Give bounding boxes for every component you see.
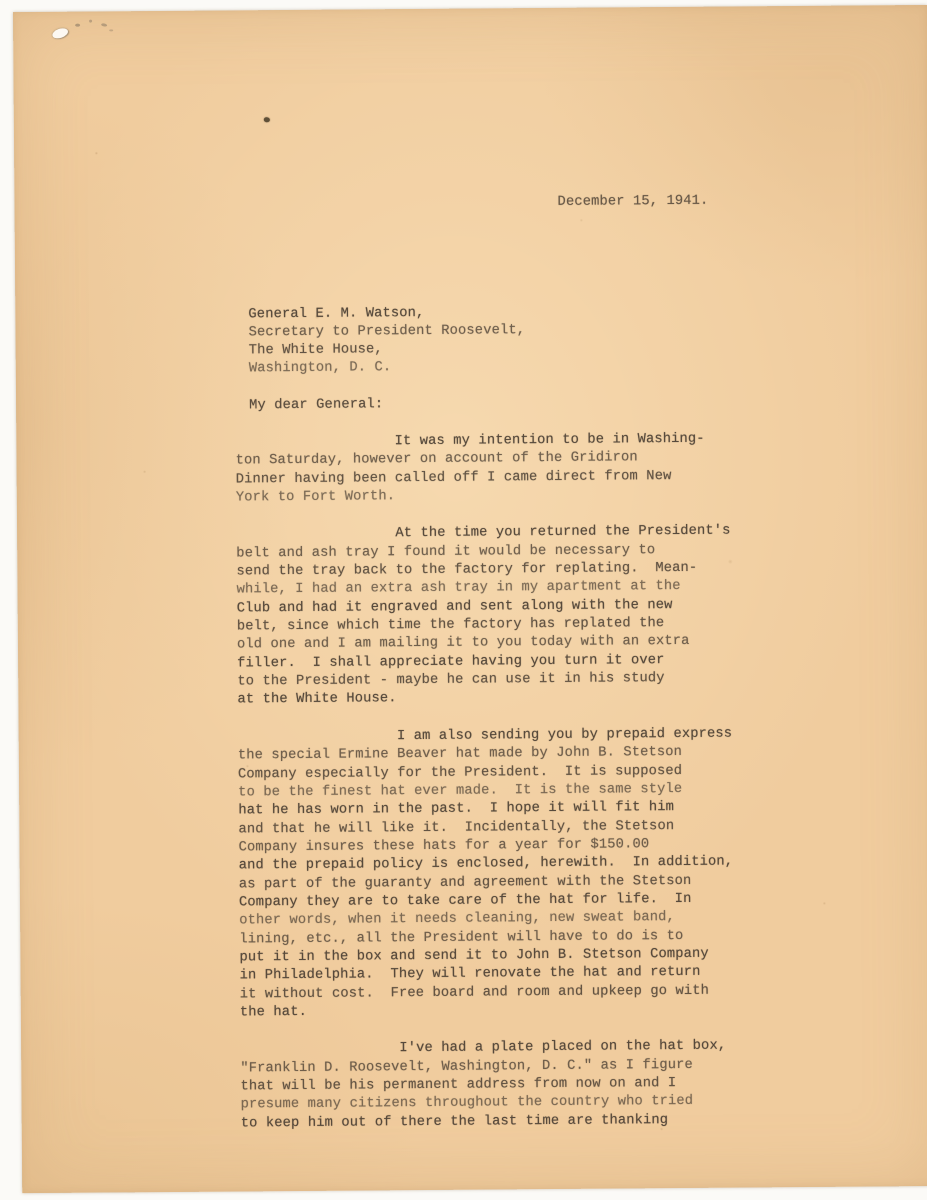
letter-line: York to Fort Worth. — [236, 486, 731, 508]
ink-spot — [264, 117, 270, 122]
letter-line: the hat. — [240, 1001, 735, 1023]
recipient-line: Secretary to President Roosevelt, — [248, 322, 525, 342]
recipient-line: General E. M. Watson, — [248, 304, 525, 324]
recipient-line: The White House, — [249, 340, 526, 360]
letter-page: December 15, 1941. General E. M. Watson,… — [13, 5, 927, 1193]
letter-body: It was my intention to be in Washing-ton… — [235, 431, 735, 1134]
letter-paragraph: I am also sending you by prepaid express… — [238, 725, 735, 1022]
paper-speck — [101, 23, 107, 27]
letter-line: to keep him out of there the last time a… — [241, 1111, 736, 1133]
date-line: December 15, 1941. — [557, 193, 708, 213]
recipient-address: General E. M. Watson,Secretary to Presid… — [248, 304, 525, 379]
recipient-line: Washington, D. C. — [249, 358, 526, 378]
letter-line: at the White House. — [237, 688, 732, 710]
paper-speck — [89, 20, 92, 23]
letter-paragraph: At the time you returned the President's… — [236, 523, 732, 710]
scanned-letter: December 15, 1941. General E. M. Watson,… — [0, 0, 927, 1200]
salutation: My dear General: — [249, 396, 383, 415]
paper-damage-mark — [51, 27, 69, 41]
letter-paragraph: I've had a plate placed on the hat box,"… — [240, 1038, 735, 1134]
paper-speck — [75, 24, 80, 27]
letter-paragraph: It was my intention to be in Washing-ton… — [235, 431, 730, 508]
paper-speck — [109, 29, 113, 31]
